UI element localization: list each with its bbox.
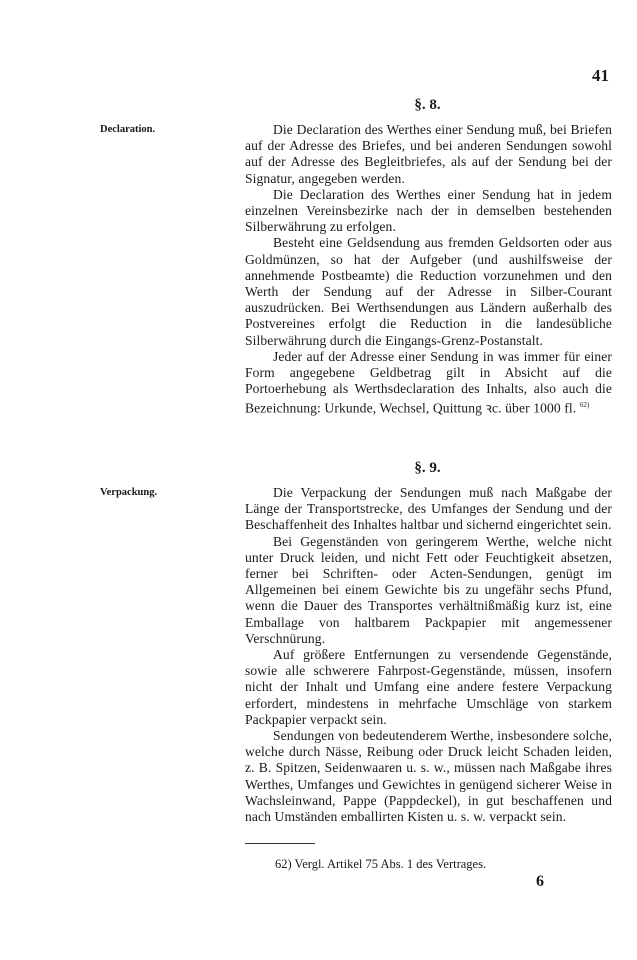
section-heading-8: §. 8. <box>245 97 610 114</box>
paragraph: Die Declaration des Werthes einer Sendun… <box>245 187 612 236</box>
section-8-body: Die Declaration des Werthes einer Sendun… <box>245 122 612 417</box>
paragraph: Die Verpackung der Sendungen muß nach Ma… <box>245 485 612 534</box>
paragraph: Auf größere Entfernungen zu versendende … <box>245 647 612 728</box>
footnote-62: 62) Vergl. Artikel 75 Abs. 1 des Vertrag… <box>275 857 486 872</box>
section-9-body: Die Verpackung der Sendungen muß nach Ma… <box>245 485 612 825</box>
section-heading-9: §. 9. <box>245 460 610 477</box>
paragraph: Besteht eine Geldsendung aus fremden Gel… <box>245 235 612 348</box>
paragraph-text: Jeder auf der Adresse einer Sendung in w… <box>245 349 612 416</box>
footnote-reference[interactable]: 62) <box>580 401 590 409</box>
paragraph: Sendungen von bedeutenderem Werthe, insb… <box>245 728 612 825</box>
margin-note-declaration: Declaration. <box>100 124 155 135</box>
paragraph: Die Declaration des Werthes einer Sendun… <box>245 122 612 187</box>
margin-note-packaging: Verpackung. <box>100 487 157 498</box>
paragraph: Bei Gegenständen von geringerem Werthe, … <box>245 534 612 647</box>
footnote-divider <box>245 843 315 844</box>
page-number: 41 <box>592 66 609 86</box>
paragraph: Jeder auf der Adresse einer Sendung in w… <box>245 349 612 417</box>
signature-mark: 6 <box>536 873 544 891</box>
